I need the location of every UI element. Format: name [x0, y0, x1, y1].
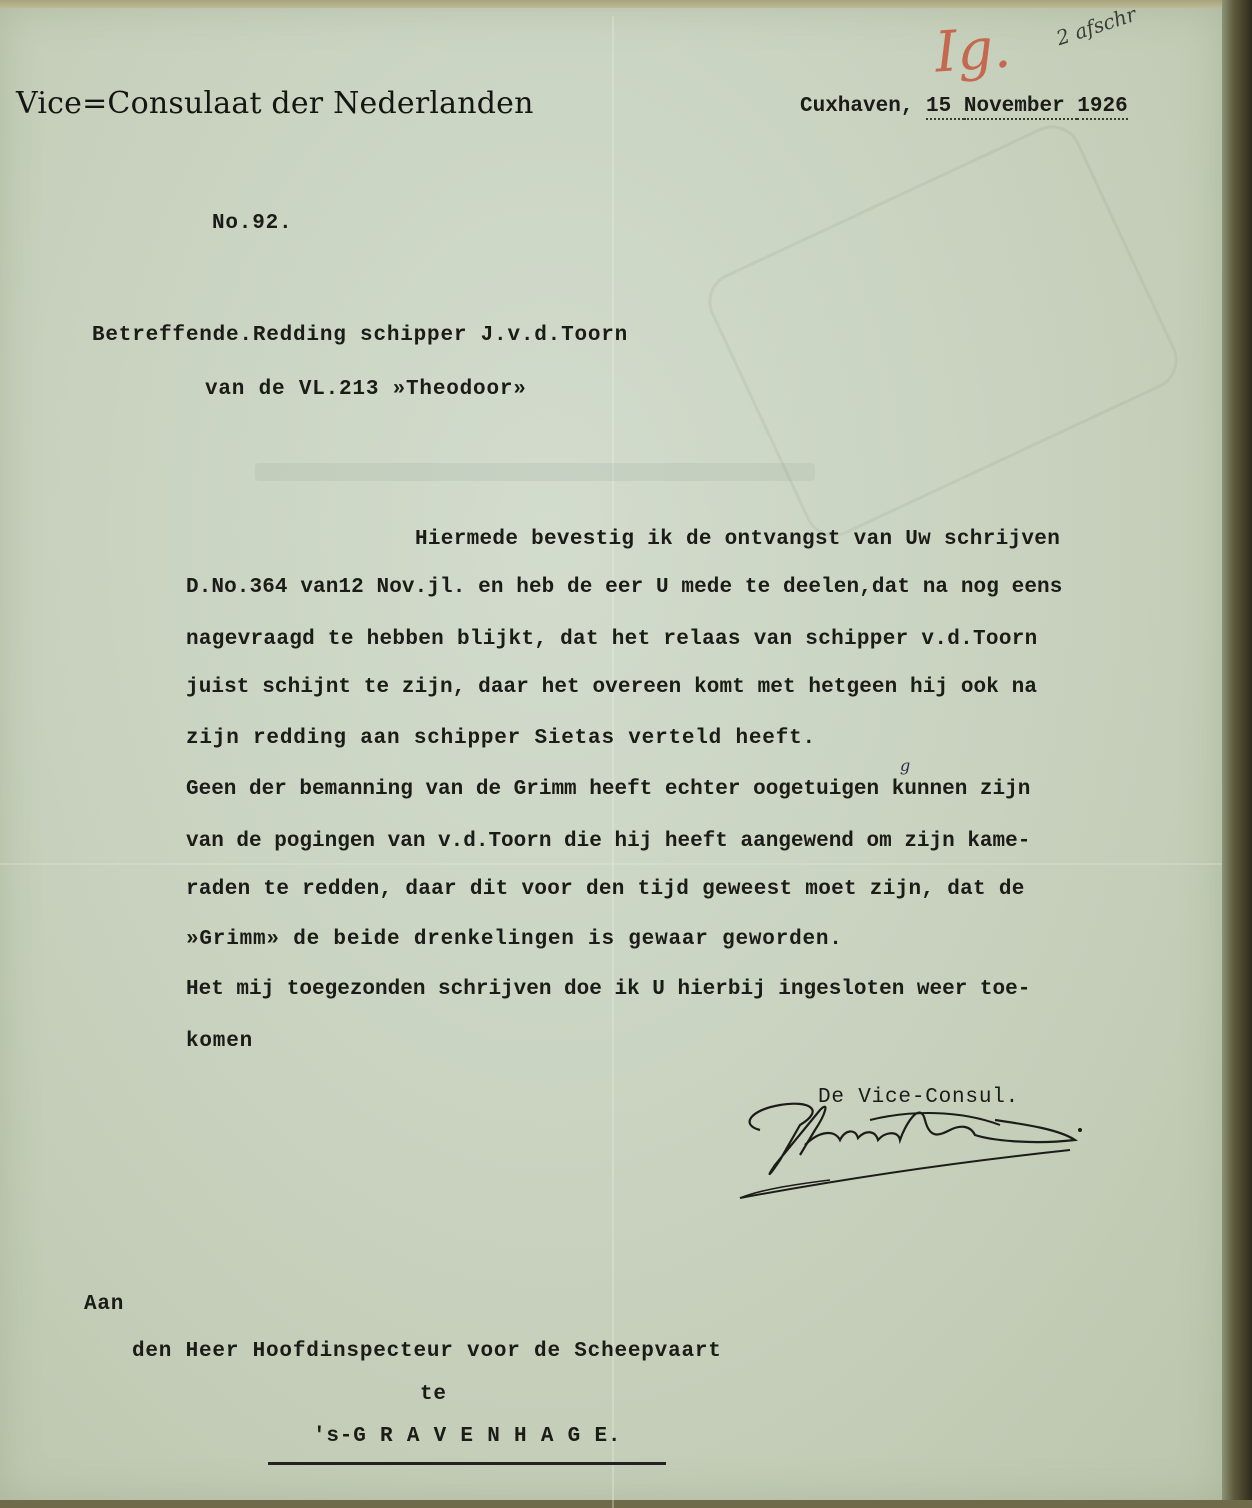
- letterhead-title: Vice=Consulaat der Nederlanden: [16, 86, 534, 121]
- body-line: nagevraagd te hebben blijkt, dat het rel…: [186, 628, 1038, 651]
- letter-page: [0, 8, 1222, 1500]
- handwritten-correction: g: [900, 756, 910, 775]
- page-shadow-edge: [1222, 0, 1252, 1500]
- subject-line-1: Betreffende.Redding schipper J.v.d.Toorn: [92, 324, 628, 347]
- addressee-city: 's-G R A V E N H A G E.: [313, 1425, 621, 1448]
- paper-fold-horizontal: [0, 863, 1222, 865]
- addressee-preposition: te: [420, 1383, 447, 1406]
- body-line: Het mij toegezonden schrijven doe ik U h…: [186, 978, 1030, 1001]
- body-line: D.No.364 van12 Nov.jl. en heb de eer U m…: [186, 576, 1062, 599]
- body-line: zijn redding aan schipper Sietas verteld…: [186, 727, 816, 750]
- body-line: Hiermede bevestig ik de ontvangst van Uw…: [415, 528, 1060, 551]
- subject-line-2: van de VL.213 »Theodoor»: [205, 378, 527, 401]
- show-through-text: [255, 463, 815, 481]
- date-month: November: [964, 95, 1077, 120]
- date-line: Cuxhaven, 15 November 1926: [800, 95, 1128, 118]
- date-year: 1926: [1077, 95, 1127, 120]
- date-day: 15: [926, 95, 964, 120]
- date-place: Cuxhaven,: [800, 95, 926, 118]
- reference-number: No.92.: [212, 212, 292, 235]
- body-line: juist schijnt te zijn, daar het overeen …: [186, 676, 1037, 699]
- faint-stamp-impression: [699, 116, 1188, 547]
- body-line: Geen der bemanning van de Grimm heeft ec…: [186, 778, 1030, 801]
- body-line: »Grimm» de beide drenkelingen is gewaar …: [186, 928, 843, 951]
- addressee-prefix: Aan: [84, 1293, 124, 1316]
- body-line: raden te redden, daar dit voor den tijd …: [186, 878, 1025, 901]
- signature-icon: [730, 1090, 1090, 1200]
- body-line: komen: [186, 1030, 253, 1053]
- paper-fold-vertical: [612, 16, 614, 1500]
- addressee-recipient: den Heer Hoofdinspecteur voor de Scheepv…: [132, 1340, 722, 1363]
- body-line: van de pogingen van v.d.Toorn die hij he…: [186, 830, 1030, 853]
- city-underline: [268, 1462, 666, 1465]
- red-pencil-annotation: Ig.: [933, 15, 1013, 85]
